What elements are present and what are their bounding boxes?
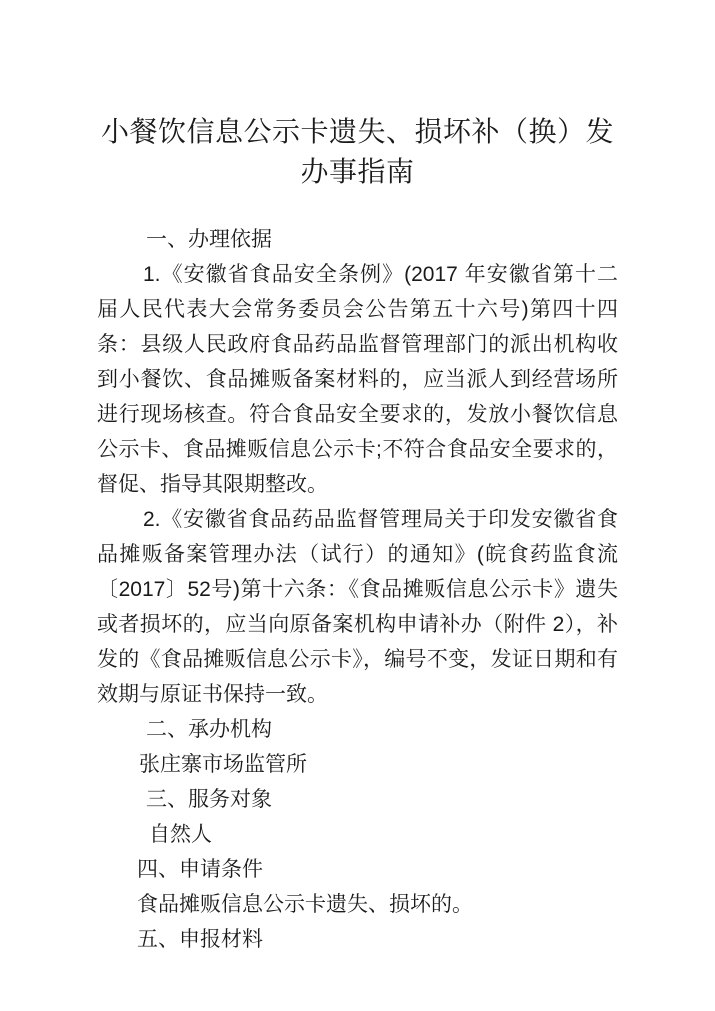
- paragraph-service-target: 自然人: [97, 817, 618, 852]
- paragraph-legal-basis-1: 1.《安徽省食品安全条例》(2017 年安徽省第十二届人民代表大会常务委员会公告…: [97, 257, 618, 502]
- section-heading-application-materials: 五、申报材料: [97, 922, 618, 957]
- section-heading-undertaking-agency: 二、承办机构: [97, 712, 618, 747]
- section-heading-handling-basis: 一、办理依据: [97, 222, 618, 257]
- paragraph-legal-basis-2: 2.《安徽省食品药品监督管理局关于印发安徽省食品摊贩备案管理办法（试行）的通知》…: [97, 502, 618, 712]
- paragraph-undertaking-agency: 张庄寨市场监管所: [97, 747, 618, 782]
- section-heading-application-conditions: 四、申请条件: [97, 852, 618, 887]
- document-title: 小餐饮信息公示卡遗失、损坏补（换）发办事指南: [88, 112, 628, 192]
- section-heading-service-target: 三、服务对象: [97, 782, 618, 817]
- document-body: 一、办理依据 1.《安徽省食品安全条例》(2017 年安徽省第十二届人民代表大会…: [97, 222, 618, 957]
- paragraph-application-conditions: 食品摊贩信息公示卡遗失、损坏的。: [97, 887, 618, 922]
- document-page: 小餐饮信息公示卡遗失、损坏补（换）发办事指南 一、办理依据 1.《安徽省食品安全…: [0, 0, 715, 1011]
